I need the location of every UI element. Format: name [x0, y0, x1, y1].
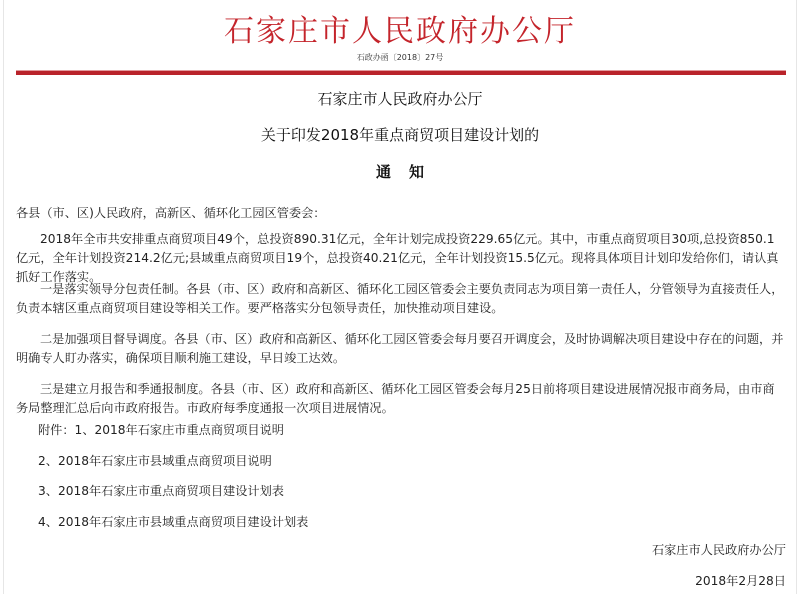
issue-date: 2018年2月28日 [695, 572, 786, 591]
paragraph-reporting: 三是建立月报告和季通报制度。各县（市、区）政府和高新区、循环化工园区管委会每月2… [16, 380, 786, 418]
attachment-item: 2、2018年石家庄市县域重点商贸项目说明 [38, 452, 272, 471]
attachment-item: 3、2018年石家庄市重点商贸项目建设计划表 [38, 482, 284, 501]
paragraph-supervision: 二是加强项目督导调度。各县（市、区）政府和高新区、循环化工园区管委会每月要召开调… [16, 330, 786, 368]
salutation: 各县（市、区)人民政府，高新区、循环化工园区管委会： [16, 204, 786, 223]
signature: 石家庄市人民政府办公厅 [652, 541, 786, 560]
attachment-item: 附件：1、2018年石家庄市重点商贸项目说明 [38, 421, 284, 440]
document-title: 关于印发2018年重点商贸项目建设计划的 [0, 125, 800, 145]
paragraph-overview: 2018年全市共安排重点商贸项目49个，总投资890.31亿元，全年计划完成投资… [16, 230, 786, 287]
issuer-heading: 石家庄市人民政府办公厅 [0, 89, 800, 109]
letterhead-title: 石家庄市人民政府办公厅 [0, 14, 800, 50]
attachment-item: 4、2018年石家庄市县域重点商贸项目建设计划表 [38, 513, 308, 532]
document-number: 石政办函〔2018〕27号 [0, 53, 800, 63]
paragraph-responsibility: 一是落实领导分包责任制。各县（市、区）政府和高新区、循环化工园区管委会主要负责同… [16, 280, 786, 318]
notice-heading: 通知 [0, 162, 800, 182]
red-header-rule [16, 71, 786, 75]
